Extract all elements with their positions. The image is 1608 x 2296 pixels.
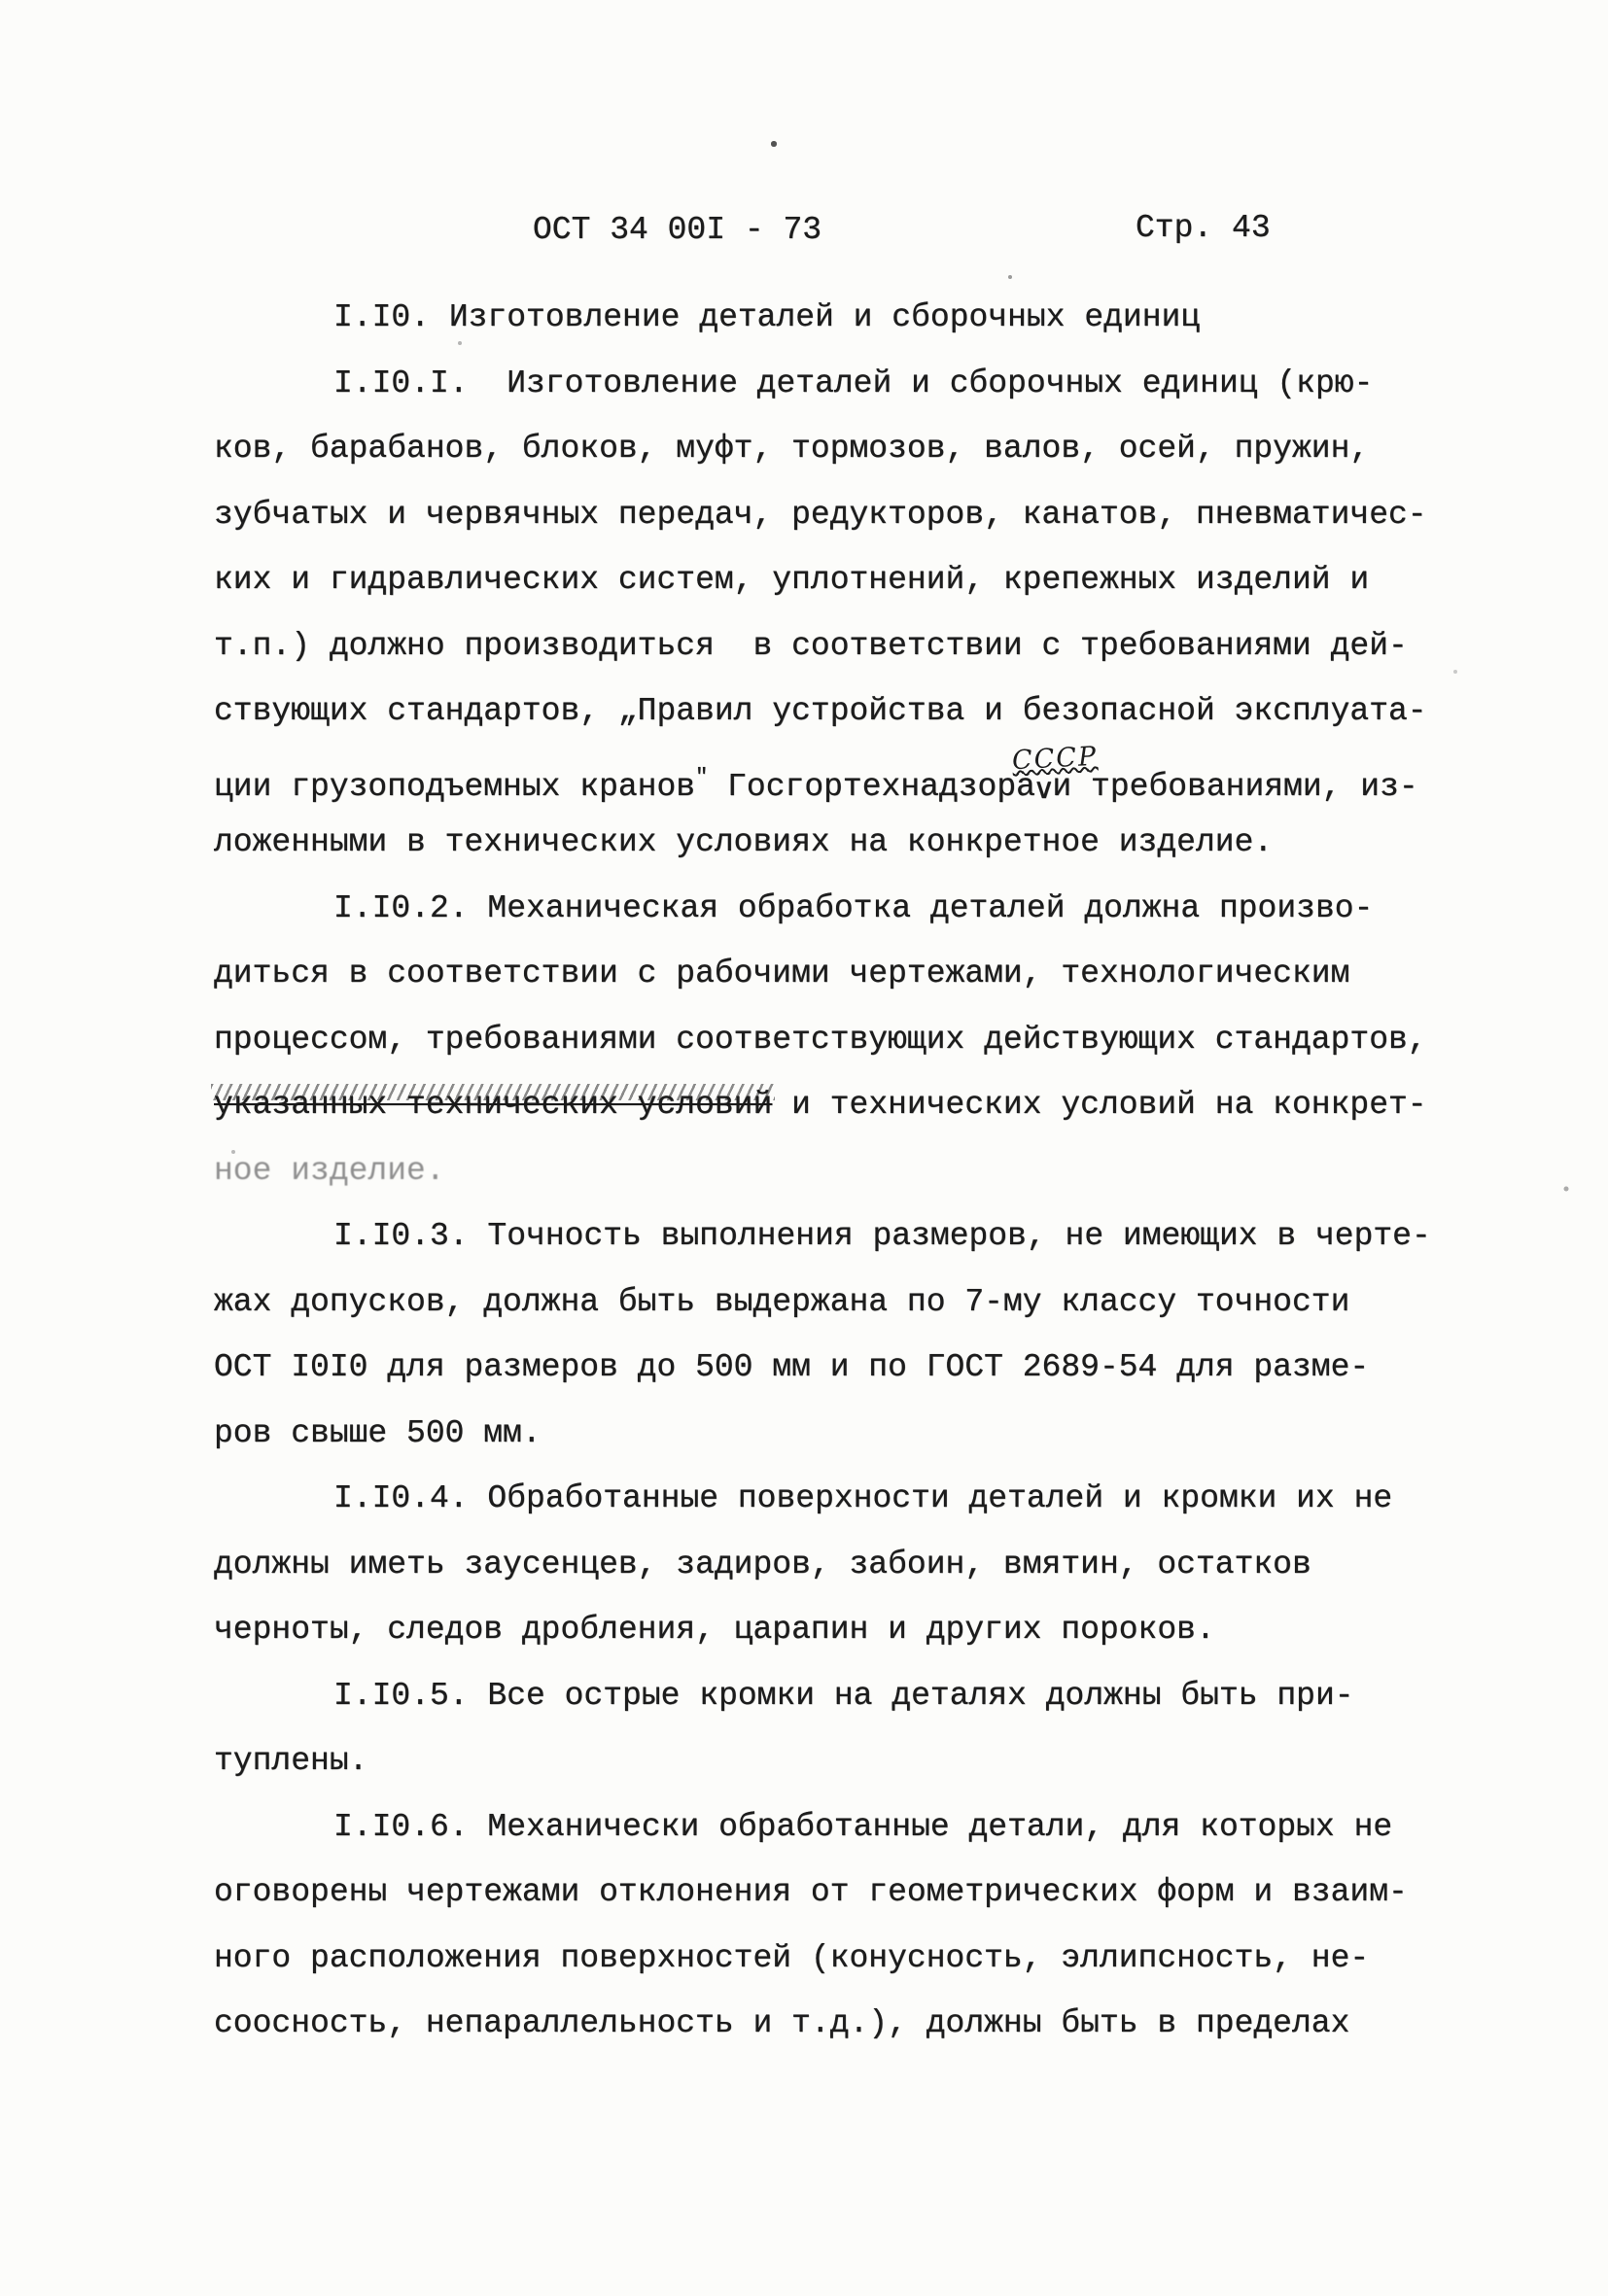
text-line: I.I0.5. Все острые кромки на деталях дол…	[214, 1663, 1478, 1729]
text-line: I.I0.3. Точность выполнения размеров, не…	[214, 1203, 1478, 1270]
text-line: диться в соответствии с рабочими чертежа…	[214, 941, 1478, 1007]
text-line: черноты, следов дробления, царапин и дру…	[214, 1597, 1478, 1663]
text-line: т.п.) должно производиться в соответстви…	[214, 613, 1478, 679]
text-line: жах допусков, должна быть выдержана по 7…	[214, 1270, 1478, 1336]
line-segment: и требованиями, из-	[1052, 769, 1417, 805]
text-line: ОСТ I0I0 для размеров до 500 мм и по ГОС…	[214, 1335, 1478, 1401]
text-line: I.I0.4. Обработанные поверхности деталей…	[214, 1466, 1478, 1532]
document-number: ОСТ 34 00I - 73	[533, 212, 821, 248]
clause-1-10-4: I.I0.4. Обработанные поверхности деталей…	[214, 1466, 1478, 1663]
text-line: I.I0.I. Изготовление деталей и сборочных…	[214, 351, 1478, 417]
insertion-point: СССР∨	[1035, 754, 1052, 821]
line-segment: ции грузоподъемных кранов	[214, 769, 695, 805]
text-line: должны иметь заусенцев, задиров, забоин,…	[214, 1532, 1478, 1598]
text-line: I.I0.6. Механически обработанные детали,…	[214, 1794, 1478, 1861]
text-line: I.I0.2. Механическая обработка деталей д…	[214, 876, 1478, 942]
page-number-label: Стр. 43	[1136, 210, 1271, 246]
clause-1-10-1: I.I0.I. Изготовление деталей и сборочных…	[214, 351, 1478, 876]
text-line: туплены.	[214, 1728, 1478, 1794]
text-line-with-handwritten-insertion: ции грузоподъемных кранов" Госгортехнадз…	[214, 745, 1478, 811]
text-line: соосность, непараллельность и т.д.), дол…	[214, 1991, 1478, 2057]
document-body: I.I0. Изготовление деталей и сборочных е…	[214, 285, 1478, 2057]
text-line: ствующих стандартов, „Правил устройства …	[214, 678, 1478, 745]
text-line: ких и гидравлических систем, уплотнений,…	[214, 547, 1478, 613]
struck-out-text: указанных технических условий	[214, 1072, 772, 1138]
text-line: оговорены чертежами отклонения от геомет…	[214, 1860, 1478, 1926]
caret-mark: ∨	[1034, 758, 1054, 824]
handwritten-quote-mark: "	[695, 765, 708, 789]
faded-text-line: ное изделие.	[214, 1138, 1478, 1204]
text-line: ров свыше 500 мм.	[214, 1401, 1478, 1467]
section-heading: I.I0. Изготовление деталей и сборочных е…	[214, 285, 1478, 351]
clause-1-10-3: I.I0.3. Точность выполнения размеров, не…	[214, 1203, 1478, 1466]
line-segment: Госгортехнадзора	[708, 769, 1035, 805]
text-line-with-strikeout: указанных технических условий и техничес…	[214, 1072, 1478, 1138]
text-line: ного расположения поверхностей (конуснос…	[214, 1926, 1478, 1992]
text-line: процессом, требованиями соответствующих …	[214, 1007, 1478, 1073]
scanned-document-page: ОСТ 34 00I - 73 Стр. 43 I.I0. Изготовлен…	[0, 0, 1608, 2296]
text-line: зубчатых и червячных передач, редукторов…	[214, 482, 1478, 548]
clause-1-10-6: I.I0.6. Механически обработанные детали,…	[214, 1794, 1478, 2057]
handwritten-insertion-sssr: СССР	[1010, 723, 1100, 793]
scan-noise-specks	[0, 0, 2, 2]
line-segment: и технических условий на конкрет-	[772, 1087, 1426, 1123]
text-line: ков, барабанов, блоков, муфт, тормозов, …	[214, 416, 1478, 482]
text-line: ложенными в технических условиях на конк…	[214, 810, 1478, 876]
clause-1-10-5: I.I0.5. Все острые кромки на деталях дол…	[214, 1663, 1478, 1794]
clause-1-10-2: I.I0.2. Механическая обработка деталей д…	[214, 876, 1478, 1204]
